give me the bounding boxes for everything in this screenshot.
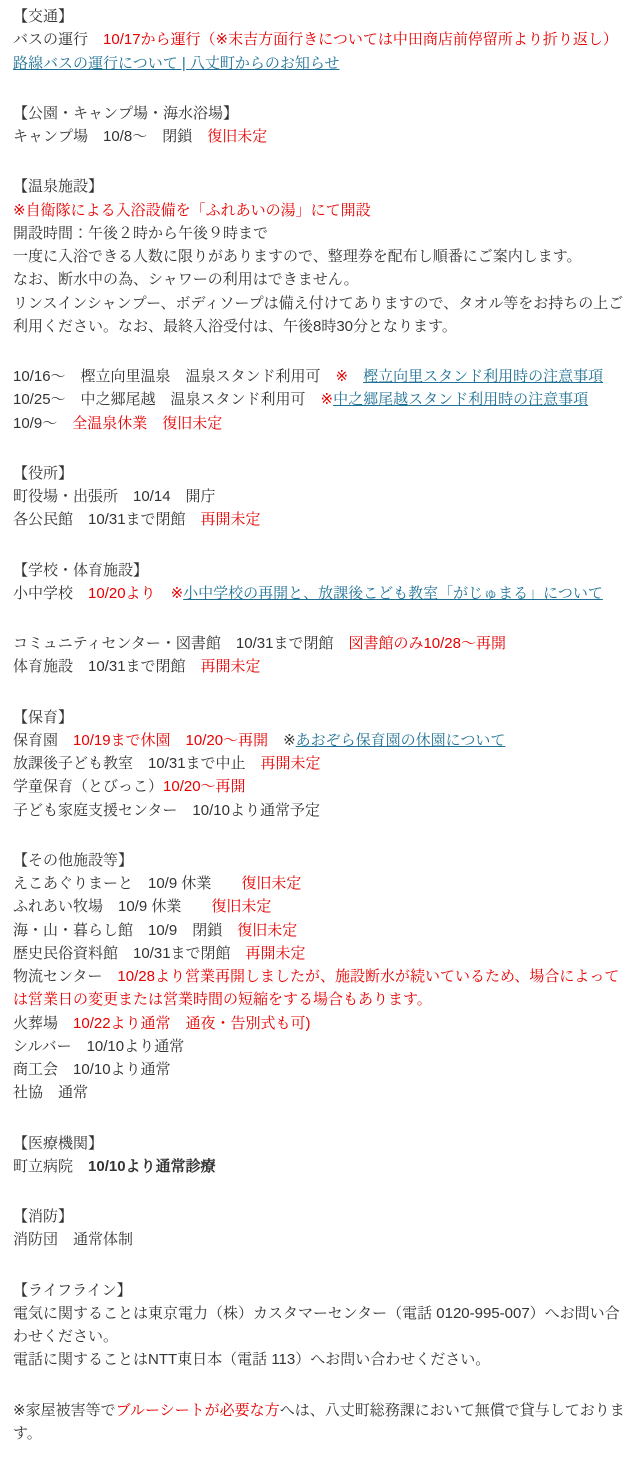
status-text: 再開未定 <box>246 945 306 962</box>
body-text: キャンプ場 10/8～ 閉鎖 <box>13 128 207 145</box>
body-text: シルバー 10/10より通常 <box>13 1038 184 1055</box>
body-text: 【保育】 <box>13 709 73 726</box>
body-text: 【その他施設等】 <box>13 852 133 869</box>
link-nakanogo-stand-notes[interactable]: 中之郷尾越スタンド利用時の注意事項 <box>333 391 588 408</box>
body-text: 火葬場 <box>13 1015 73 1032</box>
emphasis-text: 10/10より通常診療 <box>88 1158 216 1175</box>
paragraph-onsen-facilities: 【温泉施設】※自衛隊による入浴設備を「ふれあいの湯」にて開設開設時間：午後２時か… <box>13 175 626 338</box>
body-text: 町役場・出張所 10/14 開庁 <box>13 488 216 505</box>
body-text: 【交通】 <box>13 8 73 25</box>
body-text: ※ <box>268 732 296 749</box>
body-text: 商工会 10/10より通常 <box>13 1061 171 1078</box>
body-text: ふれあい牧場 10/9 休業 <box>13 898 211 915</box>
body-text: 【消防】 <box>13 1208 73 1225</box>
body-text: 保育園 <box>13 732 73 749</box>
body-text: 各公民館 10/31まで閉館 <box>13 511 201 528</box>
paragraph-childcare: 【保育】保育園 10/19まで休園 10/20～再開 ※あおぞら保育園の休園につ… <box>13 706 626 822</box>
status-text: 再開未定 <box>201 658 261 675</box>
body-text: コミュニティセンター・図書館 10/31まで閉館 <box>13 635 348 652</box>
status-text: 10/19まで休園 10/20～再開 <box>73 732 268 749</box>
paragraph-other-facilities: 【その他施設等】えこあぐりまーと 10/9 休業 復旧未定ふれあい牧場 10/9… <box>13 849 626 1105</box>
paragraph-fire-department: 【消防】消防団 通常体制 <box>13 1205 626 1252</box>
body-text: 社協 通常 <box>13 1084 88 1101</box>
status-text: 10/17から運行（※末吉方面行きについては中田商店前停留所より折り返し） <box>103 31 618 48</box>
body-text: 一度に入浴できる人数に限りがありますので、整理券を配布し順番にご案内します。 <box>13 248 582 265</box>
content: 【交通】バスの運行 10/17から運行（※末吉方面行きについては中田商店前停留所… <box>13 5 626 1445</box>
body-text: 【ライフライン】 <box>13 1282 132 1299</box>
status-text: 復旧未定 <box>237 922 297 939</box>
body-text: 10/25～ 中之郷尾越 温泉スタンド利用可 <box>13 391 321 408</box>
body-text: 電気に関することは東京電力（株）カスタマーセンター（電話 0120-995-00… <box>13 1305 620 1345</box>
body-text: 【温泉施設】 <box>13 178 103 195</box>
body-text: リンスインシャンプー、ボディソープは備え付けてありますので、タオル等をお持ちの上… <box>13 295 623 335</box>
status-text: 再開未定 <box>201 511 261 528</box>
status-text: 復旧未定 <box>241 875 301 892</box>
status-text: 10/20より <box>88 585 156 602</box>
body-text: 物流センター <box>13 968 117 985</box>
body-text: 【役所】 <box>13 465 73 482</box>
body-text: 【医療機関】 <box>13 1135 103 1152</box>
body-text: 10/9～ <box>13 415 72 432</box>
paragraph-community-center: コミュニティセンター・図書館 10/31まで閉館 図書館のみ10/28～再開体育… <box>13 632 626 679</box>
body-text: 歴史民俗資料館 10/31まで閉館 <box>13 945 246 962</box>
paragraph-park-camp-beach: 【公園・キャンプ場・海水浴場】キャンプ場 10/8～ 閉鎖 復旧未定 <box>13 102 626 149</box>
body-text: 10/16～ 樫立向里温泉 温泉スタンド利用可 <box>13 368 336 385</box>
link-aozora-nursery-closure[interactable]: あおぞら保育園の休園について <box>296 732 506 749</box>
status-text: 再開未定 <box>261 755 321 772</box>
body-text: 学童保育（とびっこ） <box>13 778 163 795</box>
body-text: 子ども家庭支援センター 10/10より通常予定 <box>13 802 320 819</box>
link-bus-service-notice[interactable]: 路線バスの運行について | 八丈町からのお知らせ <box>13 55 339 72</box>
body-text: バスの運行 <box>13 31 103 48</box>
body-text: 電話に関することはNTT東日本（電話 113）へお問い合わせください。 <box>13 1351 490 1368</box>
body-text: 海・山・暮らし館 10/9 閉鎖 <box>13 922 237 939</box>
body-text: 体育施設 10/31まで閉館 <box>13 658 201 675</box>
paragraph-lifeline: 【ライフライン】電気に関することは東京電力（株）カスタマーセンター（電話 012… <box>13 1279 626 1372</box>
body-text: 小中学校 <box>13 585 88 602</box>
status-text: 復旧未定 <box>207 128 267 145</box>
link-school-reopening[interactable]: 小中学校の再開と、放課後こども教室「がじゅまる」について <box>183 585 603 602</box>
paragraph-onsen-stands: 10/16～ 樫立向里温泉 温泉スタンド利用可 ※ 樫立向里スタンド利用時の注意… <box>13 365 626 435</box>
status-text: 10/22より通常 通夜・告別式も可) <box>73 1015 311 1032</box>
body-text: えこあぐりまーと 10/9 休業 <box>13 875 241 892</box>
status-text: 10/20～再開 <box>163 778 246 795</box>
status-text: 図書館のみ10/28～再開 <box>348 635 506 652</box>
status-text: ※ <box>321 391 334 408</box>
body-text: なお、断水中の為、シャワーの利用はできません。 <box>13 271 359 288</box>
status-text: 復旧未定 <box>211 898 271 915</box>
body-text: 【公園・キャンプ場・海水浴場】 <box>13 105 238 122</box>
announcement-page: 【交通】バスの運行 10/17から運行（※末吉方面行きについては中田商店前停留所… <box>0 0 639 1465</box>
paragraph-town-office: 【役所】町役場・出張所 10/14 開庁各公民館 10/31まで閉館 再開未定 <box>13 462 626 532</box>
body-text: 町立病院 <box>13 1158 88 1175</box>
status-text: ※自衛隊による入浴設備を「ふれあいの湯」にて開設 <box>13 202 371 219</box>
body-text: 【学校・体育施設】 <box>13 562 148 579</box>
link-kashitate-stand-notes[interactable]: 樫立向里スタンド利用時の注意事項 <box>363 368 603 385</box>
body-text: ※家屋被害等で <box>13 1402 116 1419</box>
body-text: 開設時間：午後２時から午後９時まで <box>13 225 268 242</box>
body-text: 消防団 通常体制 <box>13 1231 133 1248</box>
body-text <box>156 585 171 602</box>
paragraph-blue-sheet-notice: ※家屋被害等でブルーシートが必要な方へは、八丈町総務課において無償で貸与しており… <box>13 1399 626 1446</box>
status-text: 全温泉休業 復旧未定 <box>72 415 222 432</box>
paragraph-medical: 【医療機関】町立病院 10/10より通常診療 <box>13 1132 626 1179</box>
status-text: ※ <box>171 585 184 602</box>
body-text <box>348 368 363 385</box>
paragraph-transport: 【交通】バスの運行 10/17から運行（※末吉方面行きについては中田商店前停留所… <box>13 5 626 75</box>
status-text: ブルーシートが必要な方 <box>116 1402 280 1419</box>
paragraph-schools-sports: 【学校・体育施設】小中学校 10/20より ※小中学校の再開と、放課後こども教室… <box>13 559 626 606</box>
body-text: 放課後子ども教室 10/31まで中止 <box>13 755 261 772</box>
status-text: ※ <box>336 368 349 385</box>
